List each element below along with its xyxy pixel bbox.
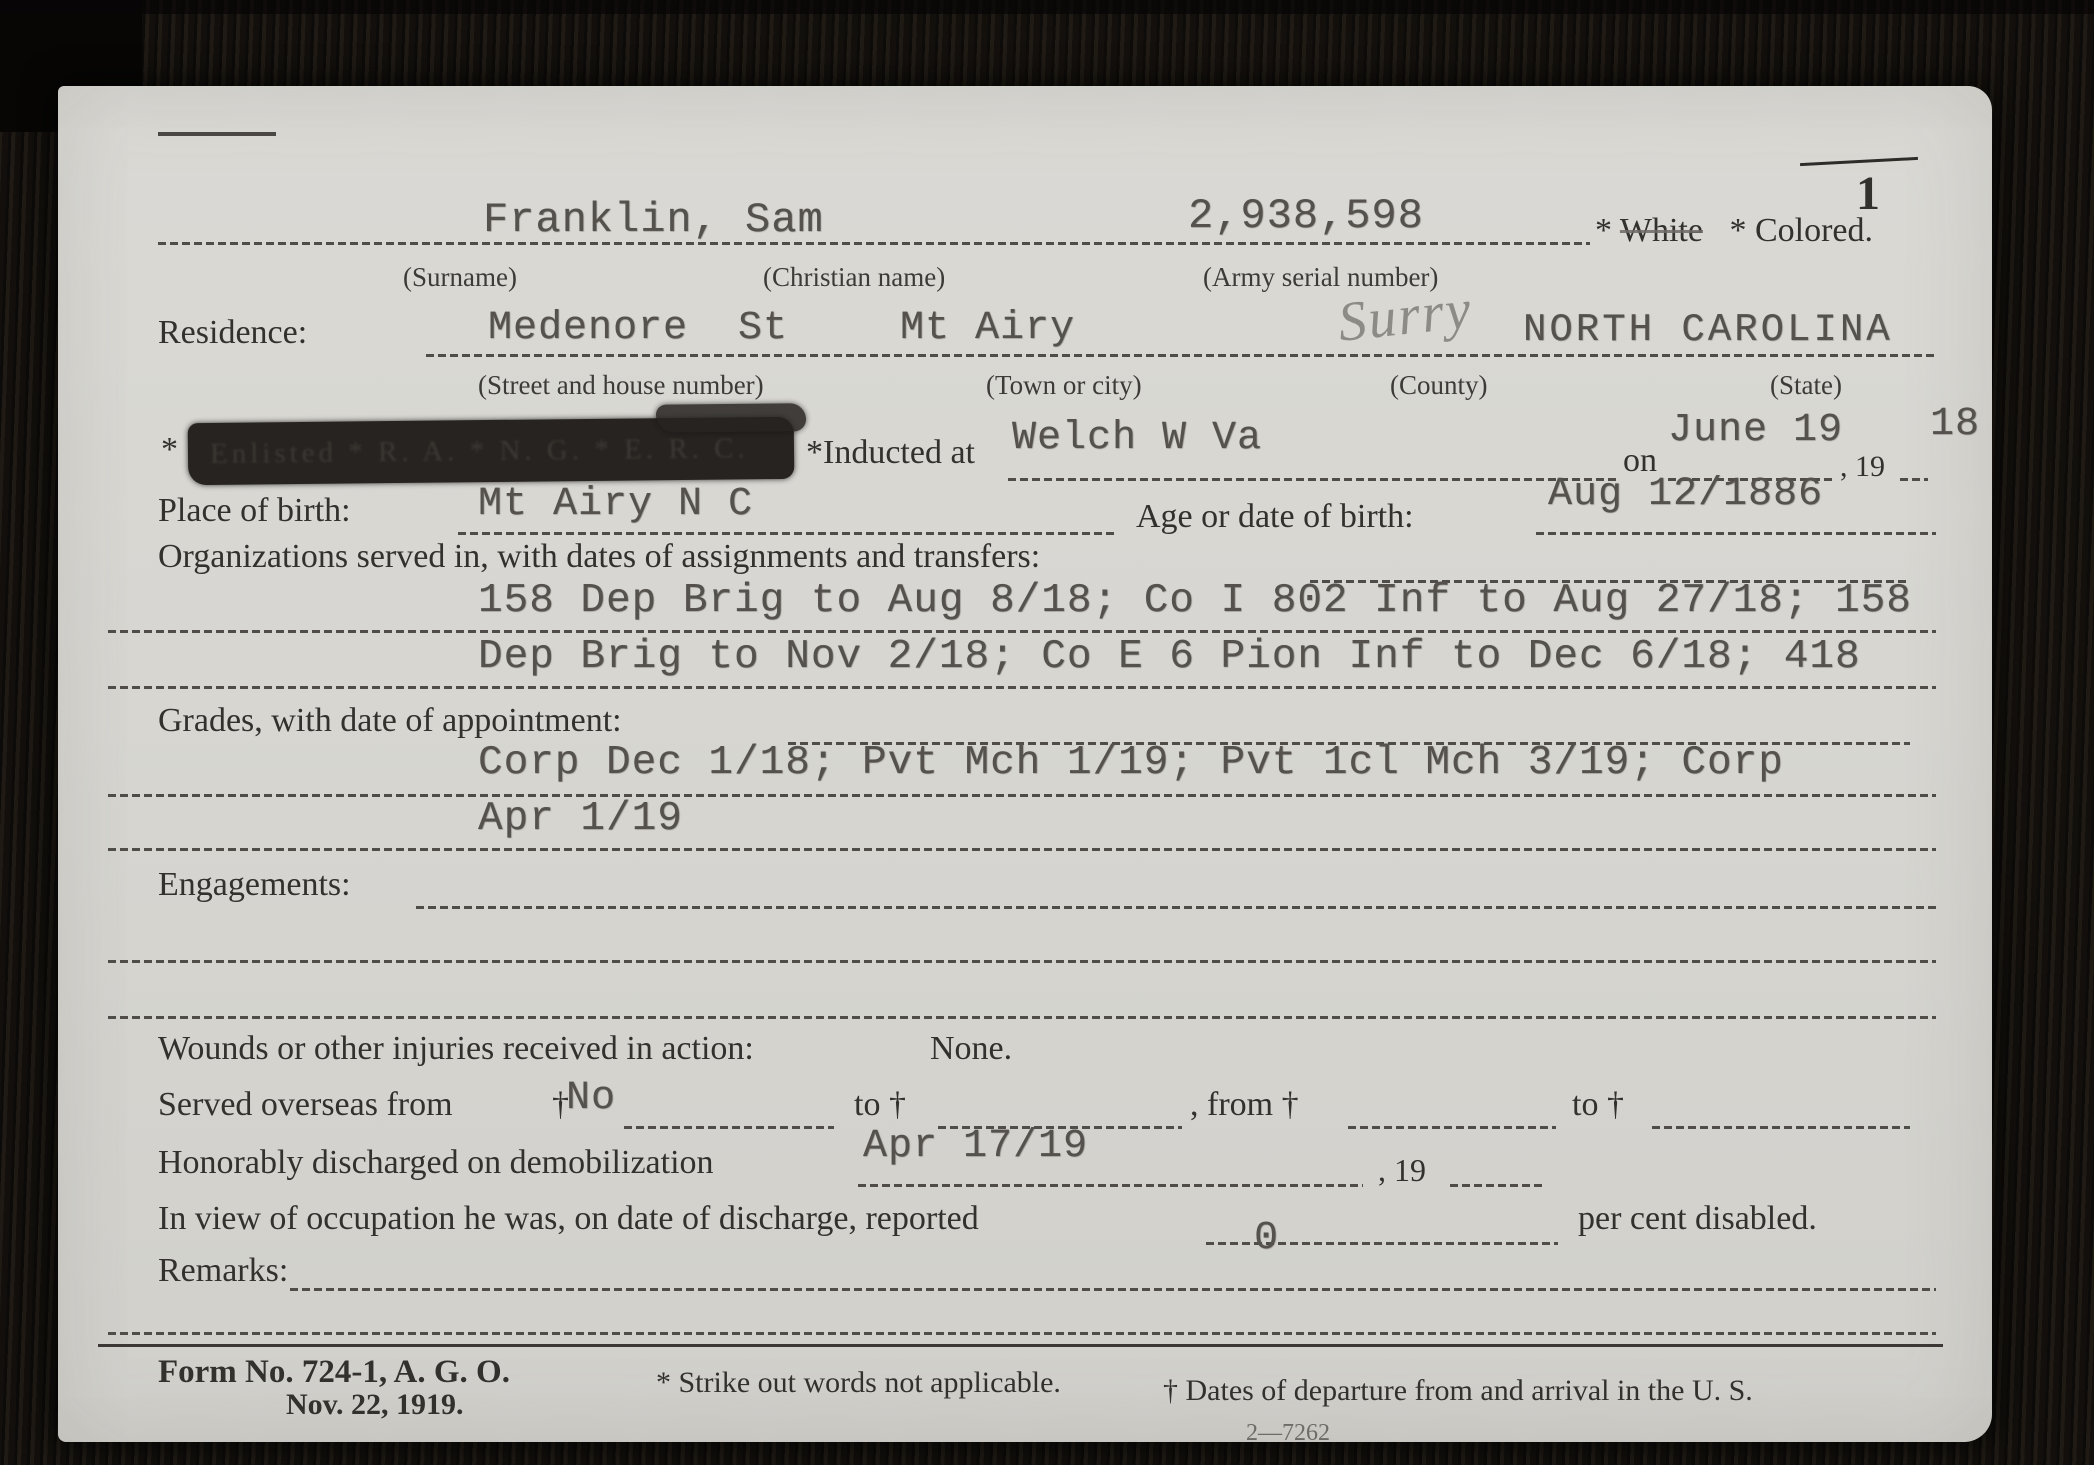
remarks-blank-line: [108, 1332, 1936, 1335]
overseas-from2-label: , from †: [1190, 1086, 1299, 1124]
disability-label: In view of occupation he was, on date of…: [158, 1200, 979, 1238]
birthplace-label: Place of birth:: [158, 492, 351, 530]
overseas-line4: [1652, 1126, 1910, 1129]
engagements-blank-line-2: [108, 1016, 1936, 1019]
discharge-line: [858, 1184, 1363, 1187]
residence-line: [426, 354, 1936, 357]
organizations-line1-rule: [108, 630, 1936, 633]
residence-label: Residence:: [158, 314, 307, 352]
grades-line2-value: Apr 1/19: [478, 796, 683, 842]
inducted-year-printed: , 19: [1840, 450, 1885, 484]
grades-line1-value: Corp Dec 1/18; Pvt Mch 1/19; Pvt 1cl Mch…: [478, 740, 1784, 786]
serial-value: 2,938,598: [1188, 192, 1424, 240]
page-number-overline: [1800, 157, 1918, 166]
organizations-label: Organizations served in, with dates of a…: [158, 538, 1040, 576]
service-record-card: 1 Franklin, Sam 2,938,598 * White * Colo…: [58, 86, 1992, 1442]
footer-print-code: 2—7262: [1246, 1420, 1330, 1442]
remarks-label: Remarks:: [158, 1252, 288, 1290]
birthdate-label: Age or date of birth:: [1136, 498, 1414, 536]
overseas-label: Served overseas from: [158, 1086, 453, 1124]
birthplace-value: Mt Airy N C: [478, 482, 753, 527]
residence-street-value: Medenore St: [488, 306, 788, 351]
organizations-line2-rule: [108, 686, 1936, 689]
organizations-line2-value: Dep Brig to Nov 2/18; Co E 6 Pion Inf to…: [478, 634, 1861, 680]
race-white-label: White: [1620, 212, 1703, 249]
caption-christian-name: (Christian name): [763, 262, 945, 293]
caption-surname: (Surname): [403, 262, 517, 293]
grades-line2-rule: [108, 848, 1936, 851]
discharge-year-line: [1450, 1184, 1545, 1187]
enlisted-star: *: [161, 431, 178, 469]
inducted-place-line: [1008, 478, 1616, 481]
disability-suffix: per cent disabled.: [1578, 1200, 1817, 1238]
engagements-line: [416, 906, 1936, 909]
race-colored-label: * Colored.: [1729, 212, 1873, 249]
discharge-date-value: Apr 17/19: [863, 1124, 1088, 1169]
residence-town-value: Mt Airy: [900, 306, 1075, 351]
engagements-blank-line-1: [108, 960, 1936, 963]
inducted-date-value: June 19: [1668, 408, 1843, 453]
overseas-to1-label: to †: [854, 1086, 906, 1124]
footer-strike-note: * Strike out words not applicable.: [656, 1366, 1061, 1400]
inducted-label: *Inducted at: [806, 434, 975, 472]
footer-rule: [98, 1344, 1943, 1347]
organizations-line1-value: 158 Dep Brig to Aug 8/18; Co I 802 Inf t…: [478, 578, 1912, 624]
footer-form-date: Nov. 22, 1919.: [286, 1388, 464, 1422]
caption-town: (Town or city): [986, 370, 1142, 401]
caption-state: (State): [1770, 370, 1842, 401]
race-options: * White * Colored.: [1595, 212, 1873, 250]
caption-county: (County): [1390, 370, 1488, 401]
enlisted-redaction-smudge: [656, 403, 806, 433]
footer-form-number: Form No. 724-1, A. G. O.: [158, 1354, 510, 1391]
overseas-to2-label: to †: [1572, 1086, 1624, 1124]
wounds-value: None.: [930, 1030, 1012, 1068]
inducted-year-line: [1900, 478, 1928, 481]
overseas-from1-value: No: [566, 1076, 616, 1121]
birthplace-line: [458, 532, 1118, 535]
caption-street: (Street and house number): [478, 370, 764, 401]
name-value: Franklin, Sam: [483, 196, 824, 244]
birthdate-value: Aug 12/1886: [1548, 472, 1823, 517]
discharge-label: Honorably discharged on demobilization: [158, 1144, 714, 1182]
footer-dagger-note: † Dates of departure from and arrival in…: [1163, 1374, 1753, 1408]
wounds-label: Wounds or other injuries received in act…: [158, 1030, 754, 1068]
overseas-line3: [1348, 1126, 1556, 1129]
engagements-label: Engagements:: [158, 866, 351, 904]
birthdate-line: [1536, 532, 1936, 535]
photo-edge-top: [0, 0, 2094, 14]
inducted-place-value: Welch W Va: [1012, 416, 1262, 461]
discharge-year-printed: , 19: [1378, 1152, 1426, 1189]
overseas-line1: [624, 1126, 834, 1129]
grades-label: Grades, with date of appointment:: [158, 702, 622, 740]
race-white-star: *: [1595, 212, 1612, 249]
scanned-photo-background: { "page_number": "1", "name_row": { "sur…: [0, 0, 2094, 1465]
residence-state-value: NORTH CAROLINA: [1523, 308, 1893, 352]
card-edge-mark: [158, 132, 276, 136]
disability-value: 0: [1254, 1216, 1279, 1261]
residence-county-handwritten: Surry: [1335, 277, 1475, 355]
inducted-year-value: 18: [1930, 402, 1980, 447]
grades-line1-rule: [108, 794, 1936, 797]
name-line: [158, 242, 1590, 245]
remarks-line: [290, 1288, 1936, 1291]
